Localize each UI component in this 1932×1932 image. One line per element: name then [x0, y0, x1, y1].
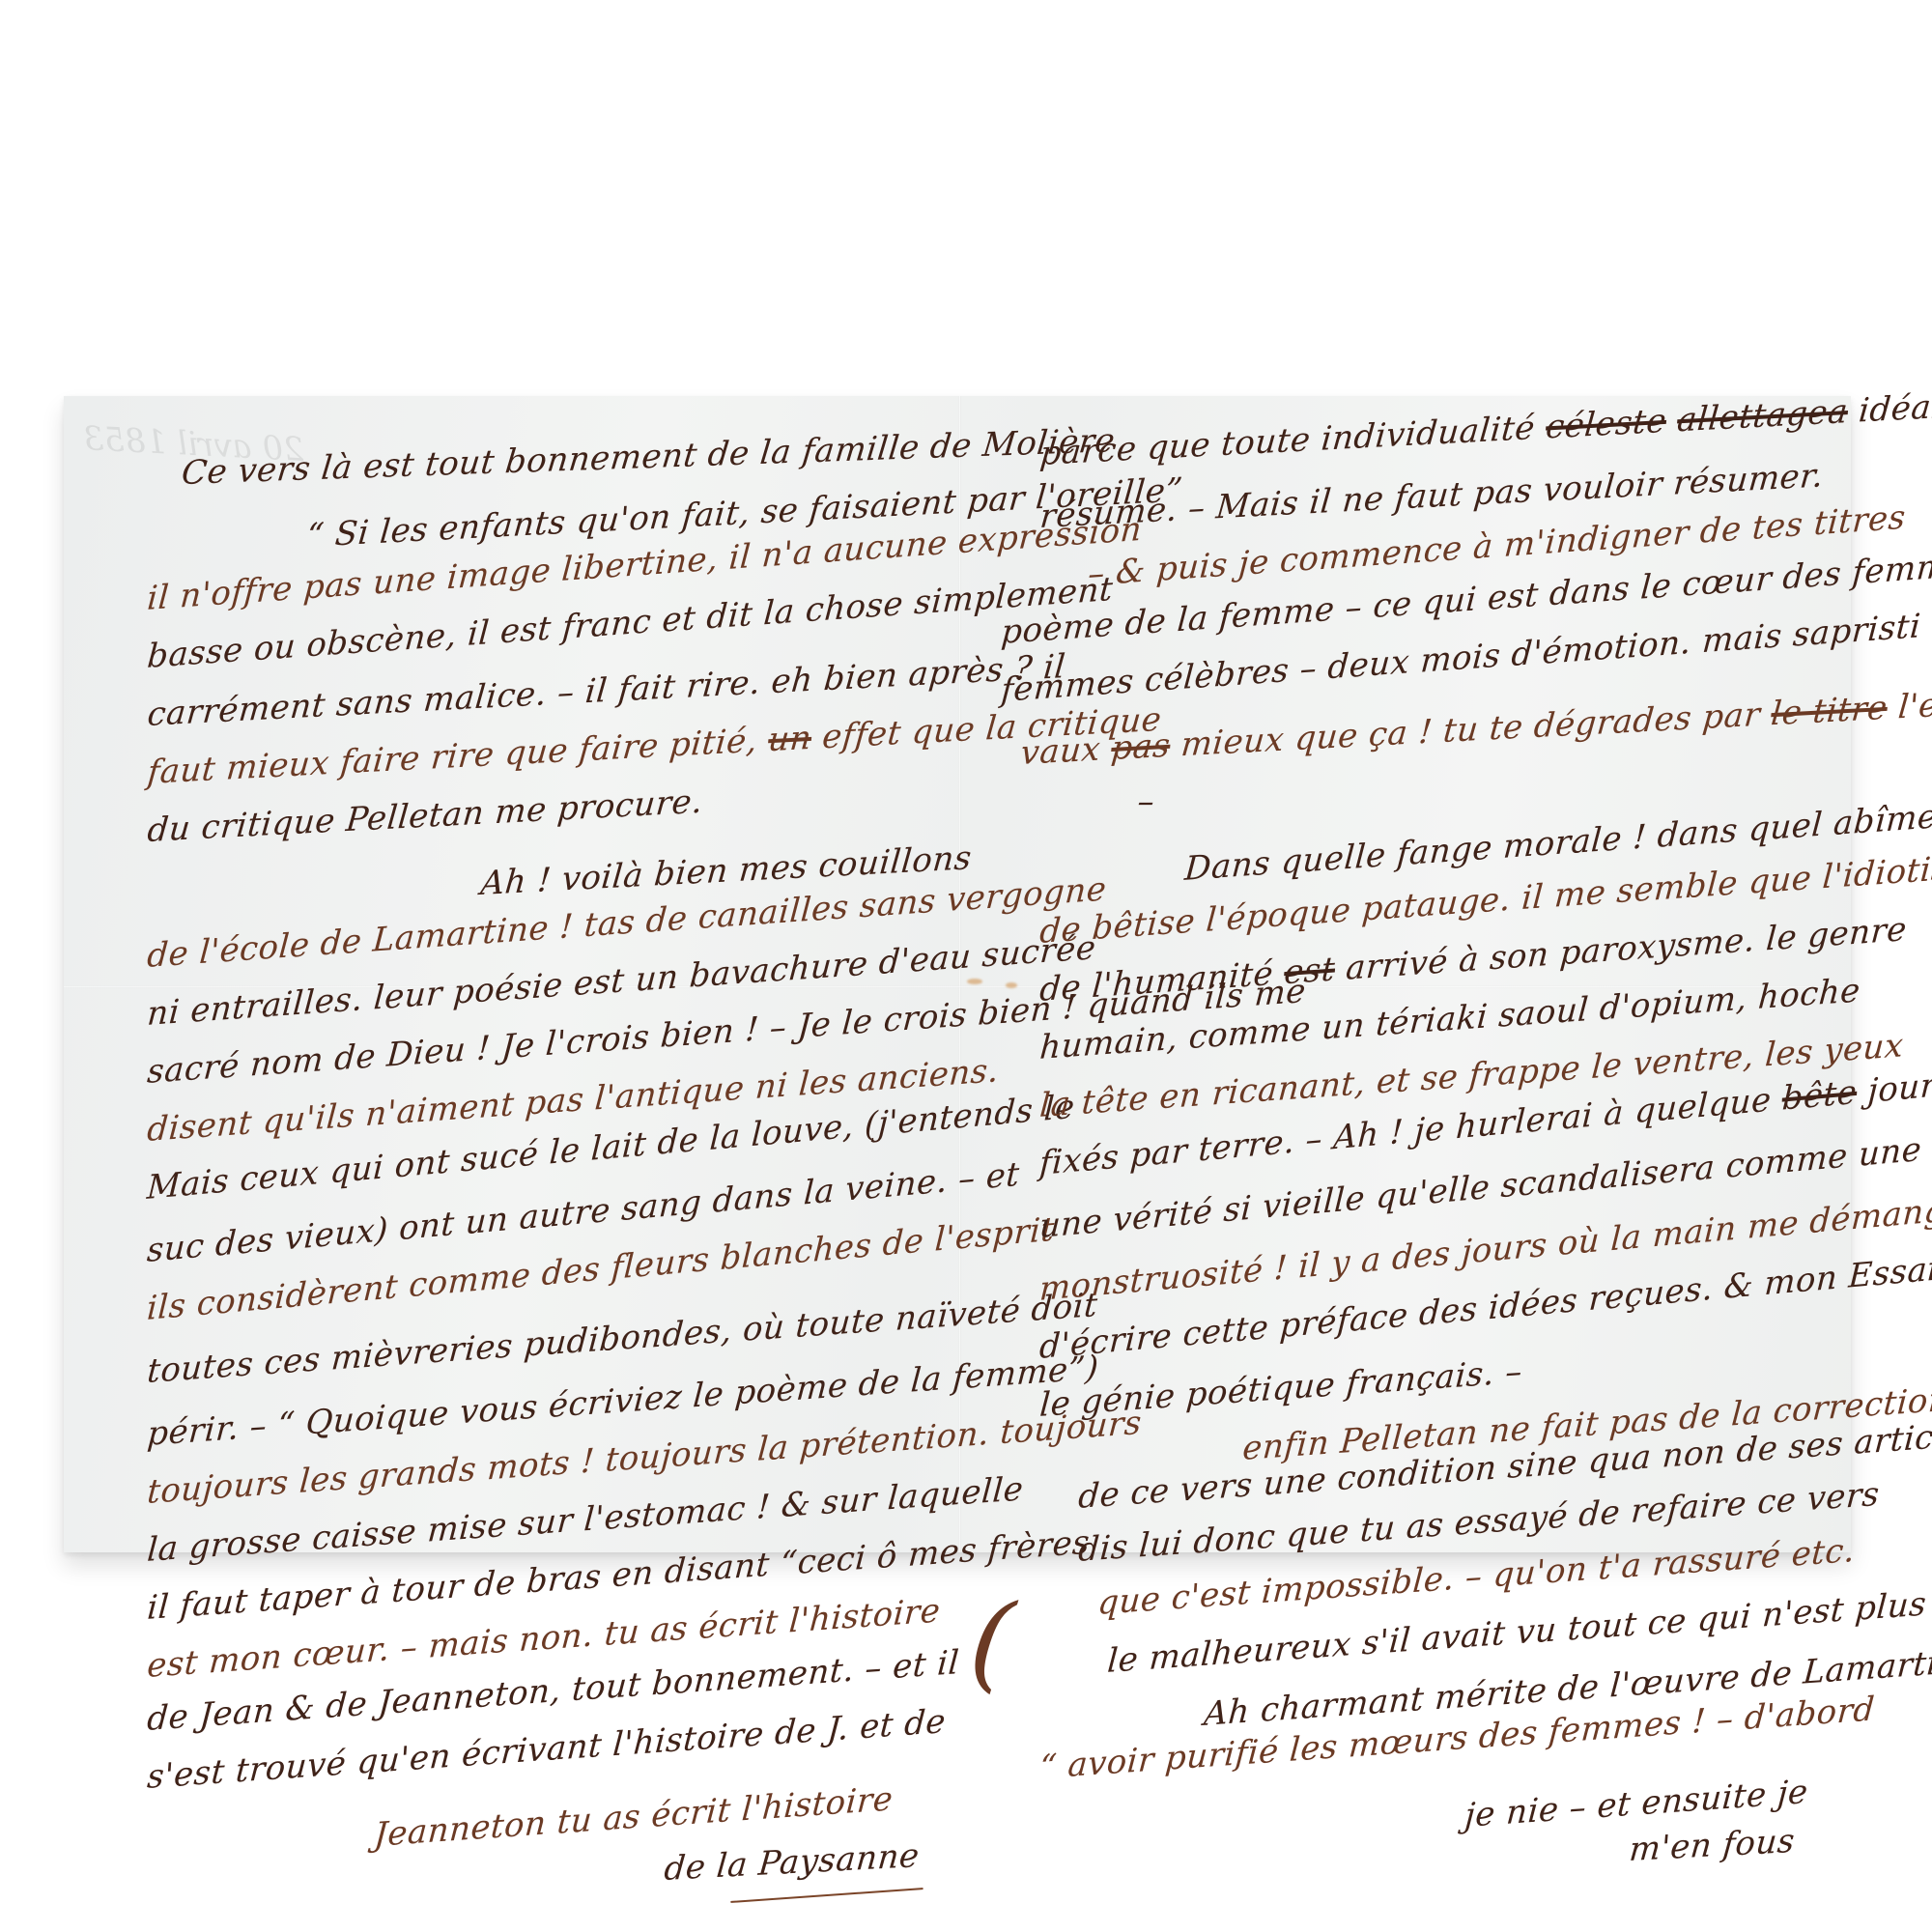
struck-word: est: [1283, 950, 1336, 992]
left-page: 20 avril 1853 Ce vers là est tout bonnem…: [64, 396, 958, 1552]
handwritten-line: du critique Pelletan me procure.: [146, 782, 704, 850]
struck-word: le titre: [1770, 689, 1889, 734]
struck-word: pas: [1110, 726, 1172, 768]
struck-word: céleste: [1545, 402, 1668, 447]
struck-word: allettagea: [1676, 392, 1850, 440]
handwritten-line: de la Paysanne: [663, 1836, 921, 1889]
handwritten-line: m'en fous: [1628, 1822, 1797, 1869]
letter-sheet: 20 avril 1853 Ce vers là est tout bonnem…: [64, 396, 1851, 1552]
handwritten-line: –: [1135, 782, 1157, 821]
opening-parenthesis-mark: (: [964, 1577, 1018, 1705]
right-page: parce que toute individualité céleste al…: [961, 396, 1851, 1552]
struck-word: un: [767, 719, 813, 760]
struck-word: bête: [1781, 1073, 1858, 1119]
underline-stroke: [730, 1888, 923, 1903]
